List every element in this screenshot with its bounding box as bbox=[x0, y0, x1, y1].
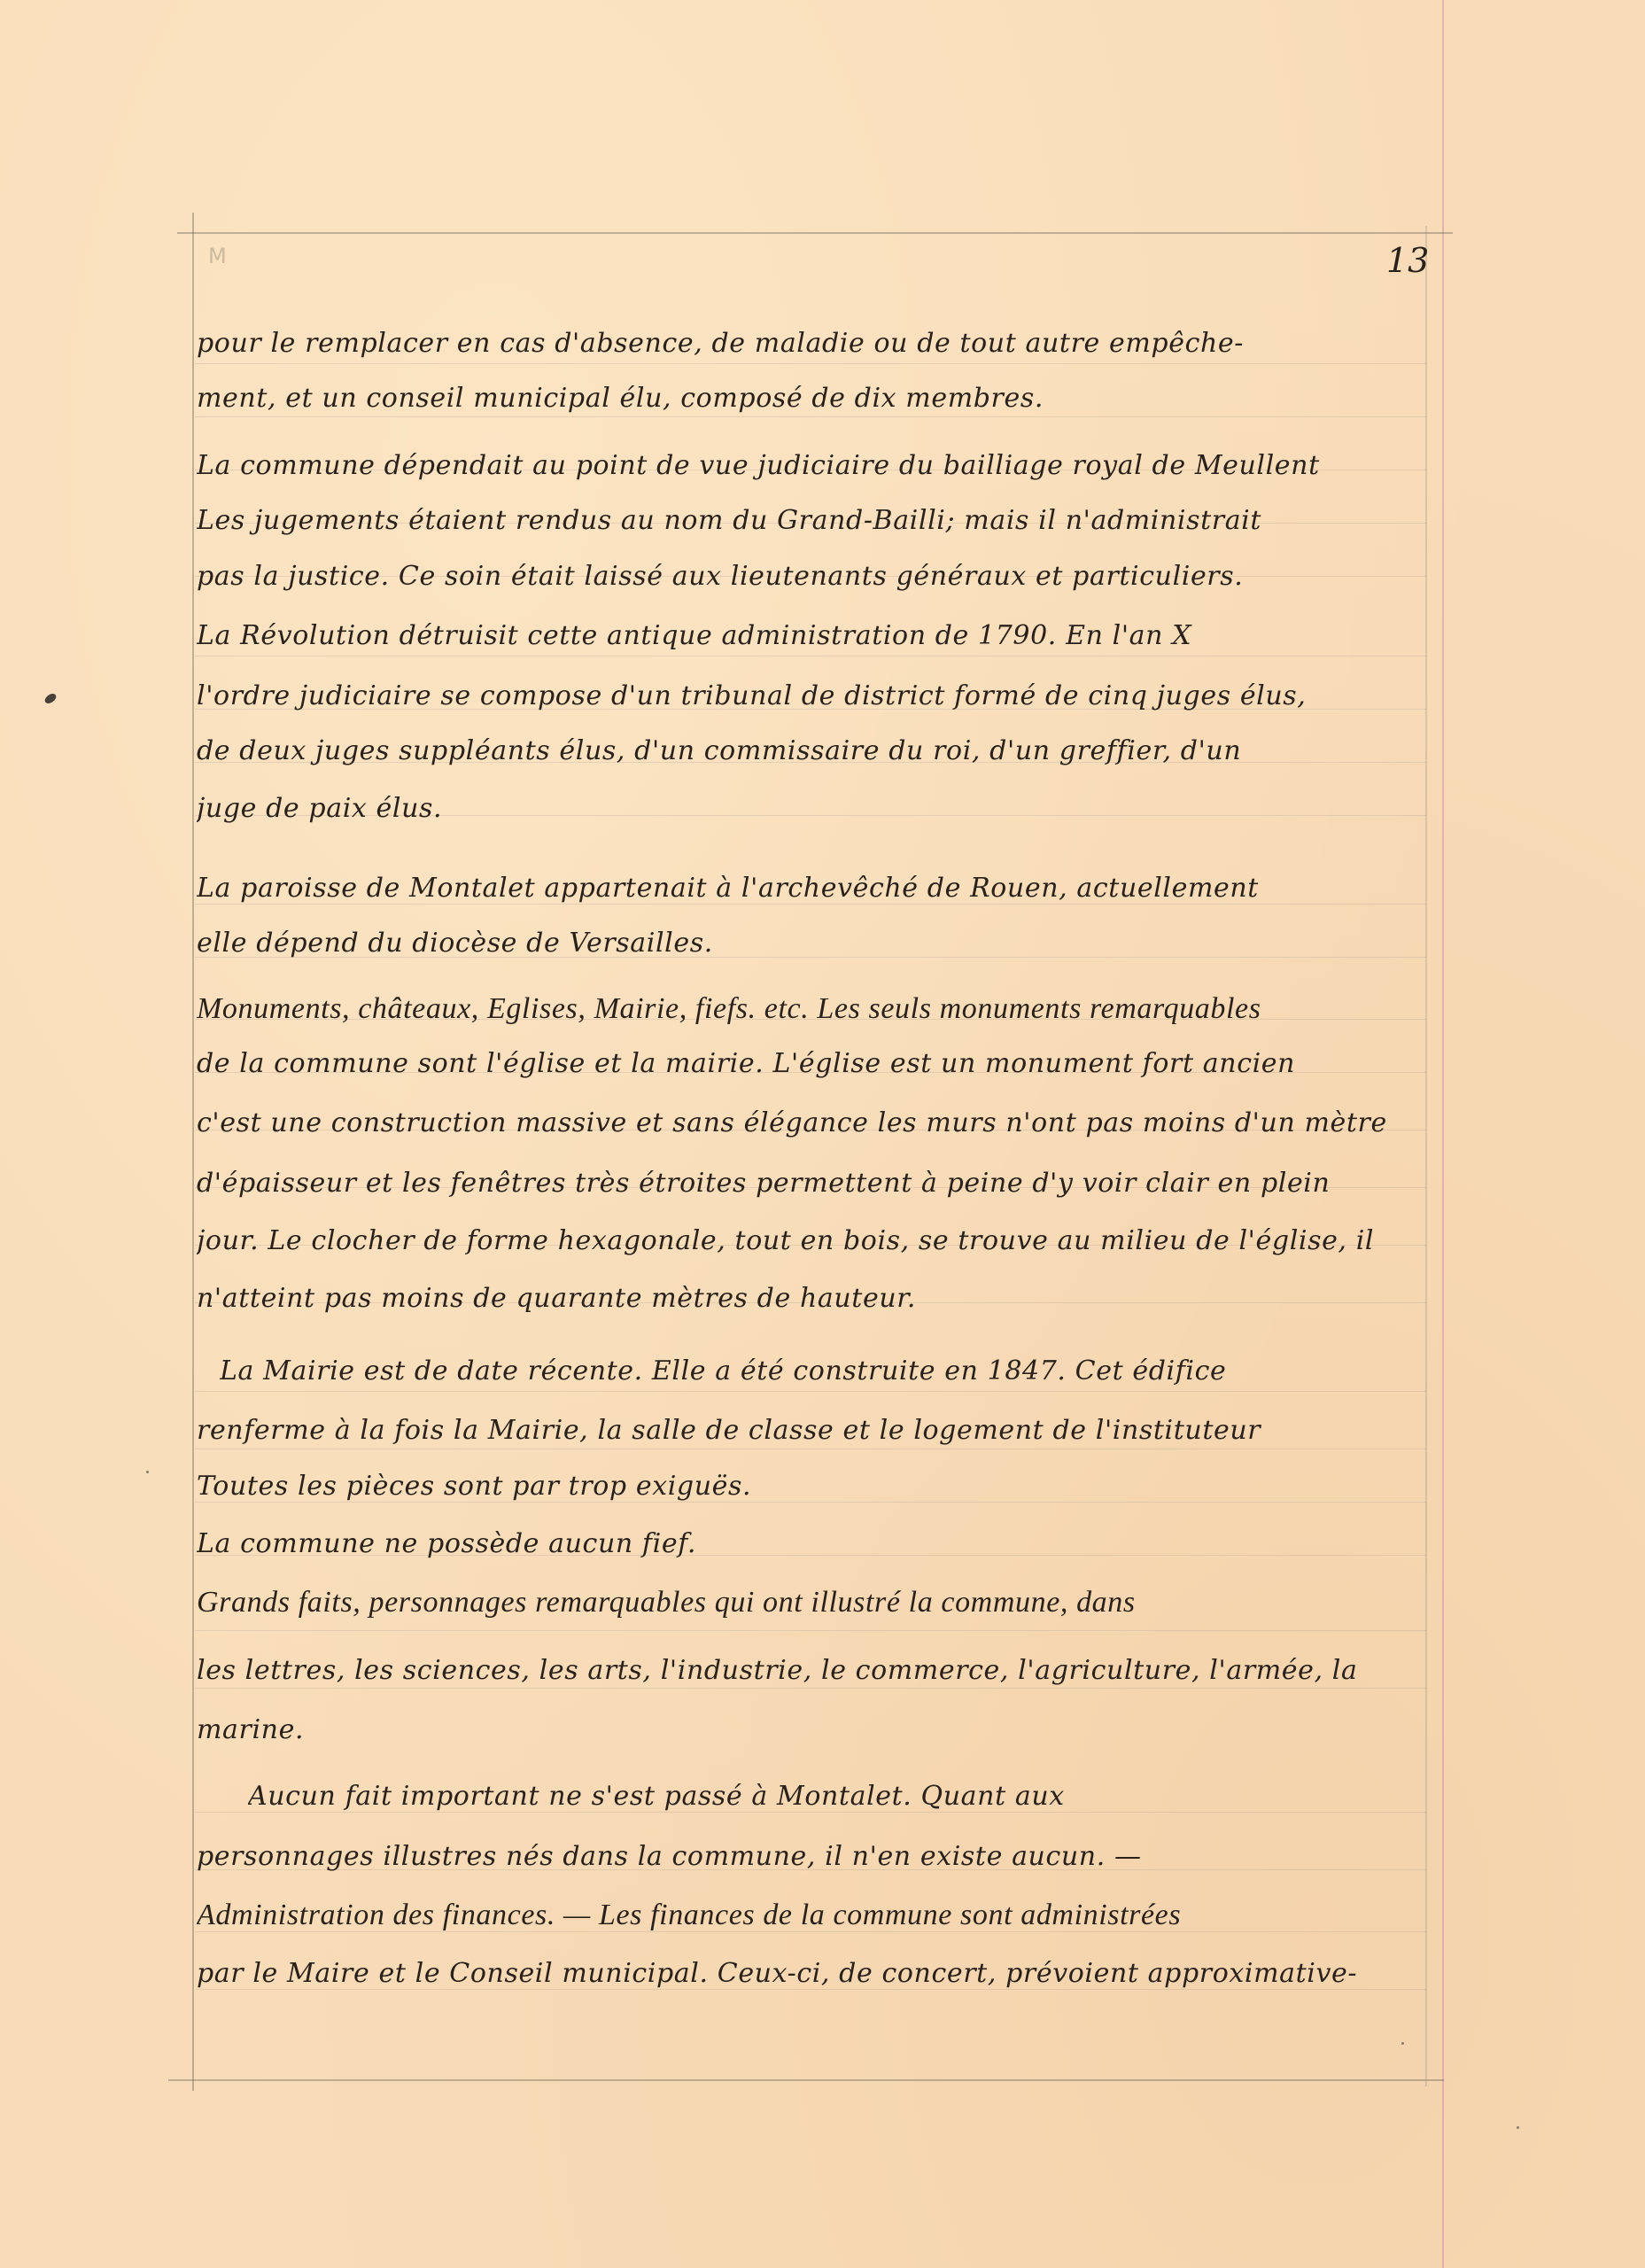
text-line: pour le remplacer en cas d'absence, de m… bbox=[197, 328, 1432, 359]
ruled-line bbox=[195, 1502, 1426, 1503]
paper-speck bbox=[146, 1471, 149, 1473]
page-number: 13 bbox=[1386, 241, 1429, 280]
manuscript-page: M 13 pour le remplacer en cas d'absence,… bbox=[0, 0, 1645, 2268]
pencil-mark: M bbox=[208, 244, 227, 268]
text-line: de deux juges suppléants élus, d'un comm… bbox=[197, 735, 1432, 766]
ruled-line bbox=[195, 1688, 1426, 1689]
ink-blot bbox=[43, 692, 58, 705]
text-line: pas la justice. Ce soin était laissé aux… bbox=[197, 561, 1432, 592]
ruled-line bbox=[195, 1630, 1426, 1631]
text-line: l'ordre judiciaire se compose d'un tribu… bbox=[197, 680, 1432, 711]
section-heading-grands-faits: Grands faits, personnages remarquables q… bbox=[197, 1586, 1432, 1619]
text-line: Les jugements étaient rendus au nom du G… bbox=[197, 505, 1432, 536]
text-line: jour. Le clocher de forme hexagonale, to… bbox=[197, 1225, 1432, 1256]
text-line: La Révolution détruisit cette antique ad… bbox=[197, 620, 1432, 651]
pencil-frame-bottom bbox=[168, 2079, 1444, 2081]
text-line: La commune dépendait au point de vue jud… bbox=[197, 450, 1432, 481]
section-heading-monuments: Monuments, châteaux, Eglises, Mairie, fi… bbox=[197, 992, 1432, 1026]
ruled-line bbox=[195, 416, 1426, 417]
text-line: renferme à la fois la Mairie, la salle d… bbox=[197, 1415, 1432, 1446]
ruled-line bbox=[195, 1391, 1426, 1392]
paper-speck bbox=[1517, 2126, 1519, 2129]
text-line: La paroisse de Montalet appartenait à l'… bbox=[197, 873, 1432, 904]
text-line: c'est une construction massive et sans é… bbox=[197, 1107, 1432, 1138]
text-line: juge de paix élus. bbox=[197, 793, 1432, 824]
text-line: d'épaisseur et les fenêtres très étroite… bbox=[197, 1168, 1432, 1199]
text-line: La Mairie est de date récente. Elle a ét… bbox=[220, 1355, 1455, 1386]
ruled-line bbox=[195, 1449, 1426, 1449]
text-line: de la commune sont l'église et la mairie… bbox=[197, 1048, 1432, 1079]
ruled-line bbox=[195, 1812, 1426, 1813]
text-line: marine. bbox=[197, 1714, 1432, 1745]
paper-speck bbox=[1401, 2042, 1404, 2045]
text-line: par le Maire et le Conseil municipal. Ce… bbox=[197, 1958, 1432, 1989]
text-line: n'atteint pas moins de quarante mètres d… bbox=[197, 1283, 1432, 1314]
text-line: La commune ne possède aucun fief. bbox=[197, 1528, 1432, 1559]
text-line: Toutes les pièces sont par trop exiguës. bbox=[197, 1471, 1432, 1502]
pencil-frame-top bbox=[177, 232, 1453, 234]
ruled-line bbox=[195, 904, 1426, 905]
text-line: ment, et un conseil municipal élu, compo… bbox=[197, 383, 1432, 414]
text-line: personnages illustres nés dans la commun… bbox=[197, 1841, 1432, 1872]
ruled-line bbox=[195, 363, 1426, 364]
ruled-line bbox=[195, 656, 1426, 656]
text-line: Aucun fait important ne s'est passé à Mo… bbox=[248, 1781, 1484, 1812]
ruled-line bbox=[195, 1989, 1426, 1990]
text-line: elle dépend du diocèse de Versailles. bbox=[197, 928, 1432, 959]
pencil-frame-left bbox=[192, 213, 194, 2091]
margin-rule bbox=[1442, 0, 1444, 2268]
text-line: les lettres, les sciences, les arts, l'i… bbox=[197, 1655, 1432, 1686]
section-heading-finances: Administration des finances. — Les finan… bbox=[197, 1899, 1432, 1932]
